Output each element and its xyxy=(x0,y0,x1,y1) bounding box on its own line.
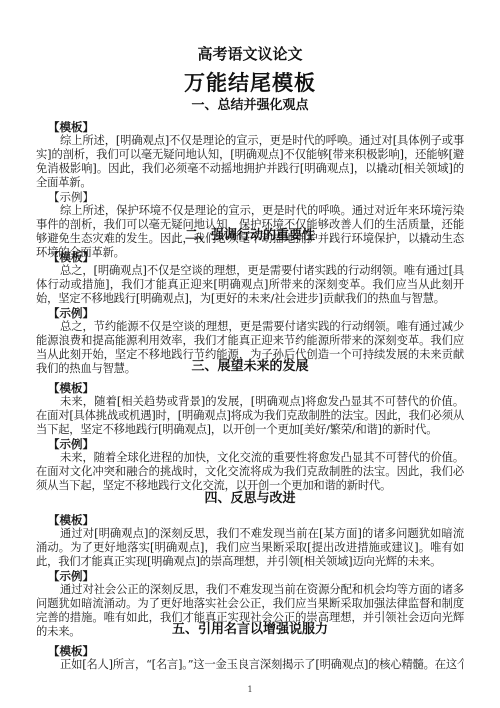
section-action: 二、强调行动的重要性 【模板】 总之，[明确观点]不仅是空谈的理想，更是需要付诸… xyxy=(36,226,464,376)
template-label: 【模板】 xyxy=(36,250,464,264)
page-number: 1 xyxy=(0,685,500,694)
section-heading: 四、反思与改进 xyxy=(36,489,464,509)
template-paragraph: 通过对[明确观点]的深刻反思，我们不难发现当前在[某方面]的诸多问题犹如暗流涌动… xyxy=(36,527,464,569)
example-label: 【示例】 xyxy=(36,569,464,583)
example-label: 【示例】 xyxy=(36,437,464,451)
section-reflection: 四、反思与改进 【模板】 通过对[明确观点]的深刻反思，我们不难发现当前在[某方… xyxy=(36,489,464,639)
template-label: 【模板】 xyxy=(36,120,464,134)
template-paragraph: 未来，随着[相关趋势或背景]的发展，[明确观点]将愈发凸显其不可替代的价值。在面… xyxy=(36,395,464,437)
section-quotation: 五、引用名言以增强说服力 【模板】 正如[名人]所言，“[名言]。”这一金玉良言… xyxy=(36,620,464,672)
document-supertitle: 高考语文议论文 xyxy=(0,43,500,64)
example-paragraph: 未来，随着全球化进程的加快，文化交流的重要性将愈发凸显其不可替代的价值。在面对文… xyxy=(36,451,464,493)
section-heading: 三、展望未来的发展 xyxy=(36,357,464,377)
template-label: 【模板】 xyxy=(36,644,464,658)
template-paragraph: 总之，[明确观点]不仅是空谈的理想，更是需要付诸实践的行动纲领。唯有通过[具体行… xyxy=(36,264,464,306)
document-title: 万能结尾模板 xyxy=(0,67,500,97)
section-future: 三、展望未来的发展 【模板】 未来，随着[相关趋势或背景]的发展，[明确观点]将… xyxy=(36,357,464,493)
template-label: 【模板】 xyxy=(36,381,464,395)
section-heading: 一、总结并强化观点 xyxy=(36,96,464,116)
section-heading: 二、强调行动的重要性 xyxy=(36,226,464,246)
section-heading: 五、引用名言以增强说服力 xyxy=(36,620,464,640)
document-page: 高考语文议论文 万能结尾模板 一、总结并强化观点 【模板】 综上所述，[明确观点… xyxy=(0,0,500,708)
example-label: 【示例】 xyxy=(36,190,464,204)
template-paragraph: 正如[名人]所言，“[名言]。”这一金玉良言深刻揭示了[明确观点]的核心精髓。在… xyxy=(36,658,464,672)
template-label: 【模板】 xyxy=(36,513,464,527)
template-paragraph: 综上所述，[明确观点]不仅是理论的宣示，更是时代的呼唤。通过对[具体例子或事实]… xyxy=(36,134,464,190)
example-label: 【示例】 xyxy=(36,306,464,320)
